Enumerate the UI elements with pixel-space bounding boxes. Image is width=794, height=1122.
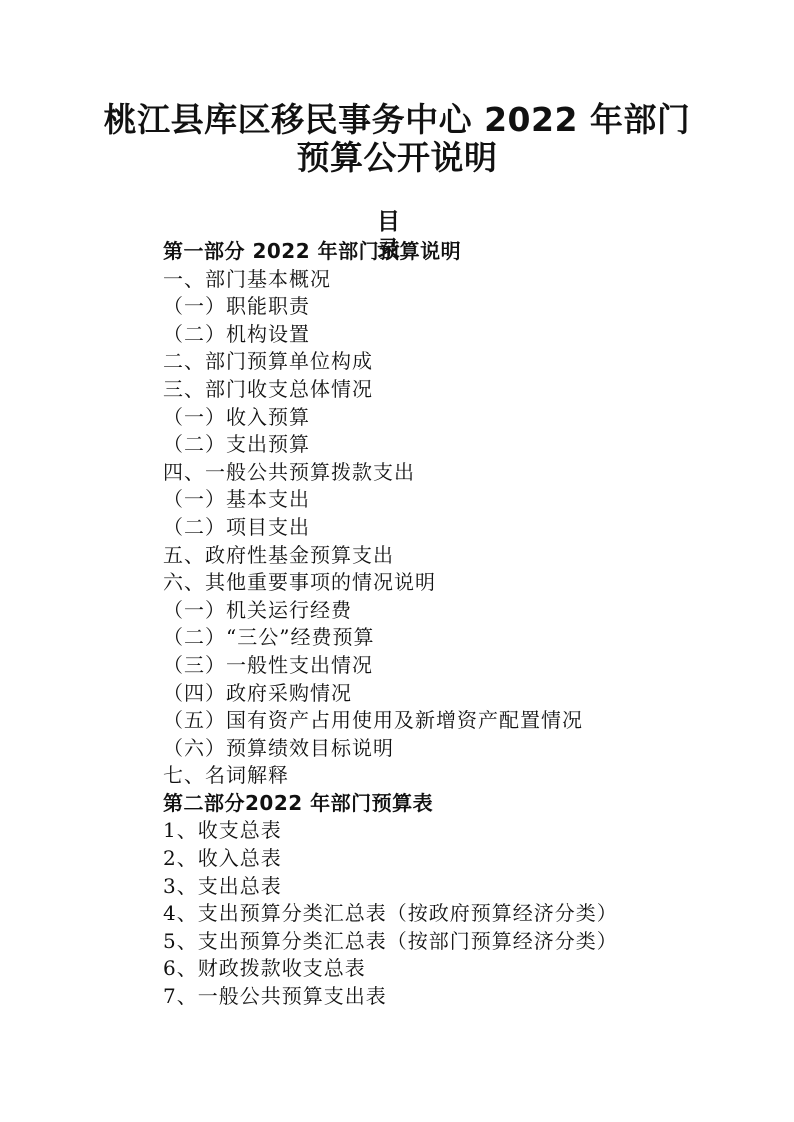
document-title-line-2: 预算公开说明: [0, 139, 794, 177]
toc-subitem: （五）国有资产占用使用及新增资产配置情况: [163, 707, 618, 735]
toc-subitem: （六）预算绩效目标说明: [163, 735, 618, 763]
toc-item: 五、政府性基金预算支出: [163, 542, 618, 570]
toc-item: 六、其他重要事项的情况说明: [163, 569, 618, 597]
toc-item: 七、名词解释: [163, 762, 618, 790]
toc-part-2: 第二部分2022 年部门预算表: [163, 790, 618, 818]
toc-subitem: （二）项目支出: [163, 514, 618, 542]
document-title-line-1: 桃江县库区移民事务中心 2022 年部门: [0, 101, 794, 139]
toc-item: 四、一般公共预算拨款支出: [163, 459, 618, 487]
toc-subitem: （四）政府采购情况: [163, 680, 618, 708]
toc-subitem: （一）收入预算: [163, 404, 618, 432]
toc-item: 2、收入总表: [163, 845, 618, 873]
toc-item: 6、财政拨款收支总表: [163, 955, 618, 983]
toc-item: 4、支出预算分类汇总表（按政府预算经济分类）: [163, 900, 618, 928]
toc-item: 三、部门收支总体情况: [163, 376, 618, 404]
toc-subitem: （二）机构设置: [163, 321, 618, 349]
toc-part-1: 第一部分 2022 年部门预算说明: [163, 238, 618, 266]
toc-subitem: （一）基本支出: [163, 486, 618, 514]
toc-subitem: （一）机关运行经费: [163, 597, 618, 625]
toc-item: 7、一般公共预算支出表: [163, 983, 618, 1011]
table-of-contents: 第一部分 2022 年部门预算说明 一、部门基本概况 （一）职能职责 （二）机构…: [163, 238, 618, 1011]
toc-item: 二、部门预算单位构成: [163, 348, 618, 376]
toc-subitem: （一）职能职责: [163, 293, 618, 321]
toc-item: 一、部门基本概况: [163, 266, 618, 294]
toc-subitem: （三）一般性支出情况: [163, 652, 618, 680]
toc-item: 1、收支总表: [163, 817, 618, 845]
toc-item: 5、支出预算分类汇总表（按部门预算经济分类）: [163, 928, 618, 956]
toc-subitem: （二）支出预算: [163, 431, 618, 459]
toc-item: 3、支出总表: [163, 873, 618, 901]
toc-subitem: （二）“三公”经费预算: [163, 624, 618, 652]
